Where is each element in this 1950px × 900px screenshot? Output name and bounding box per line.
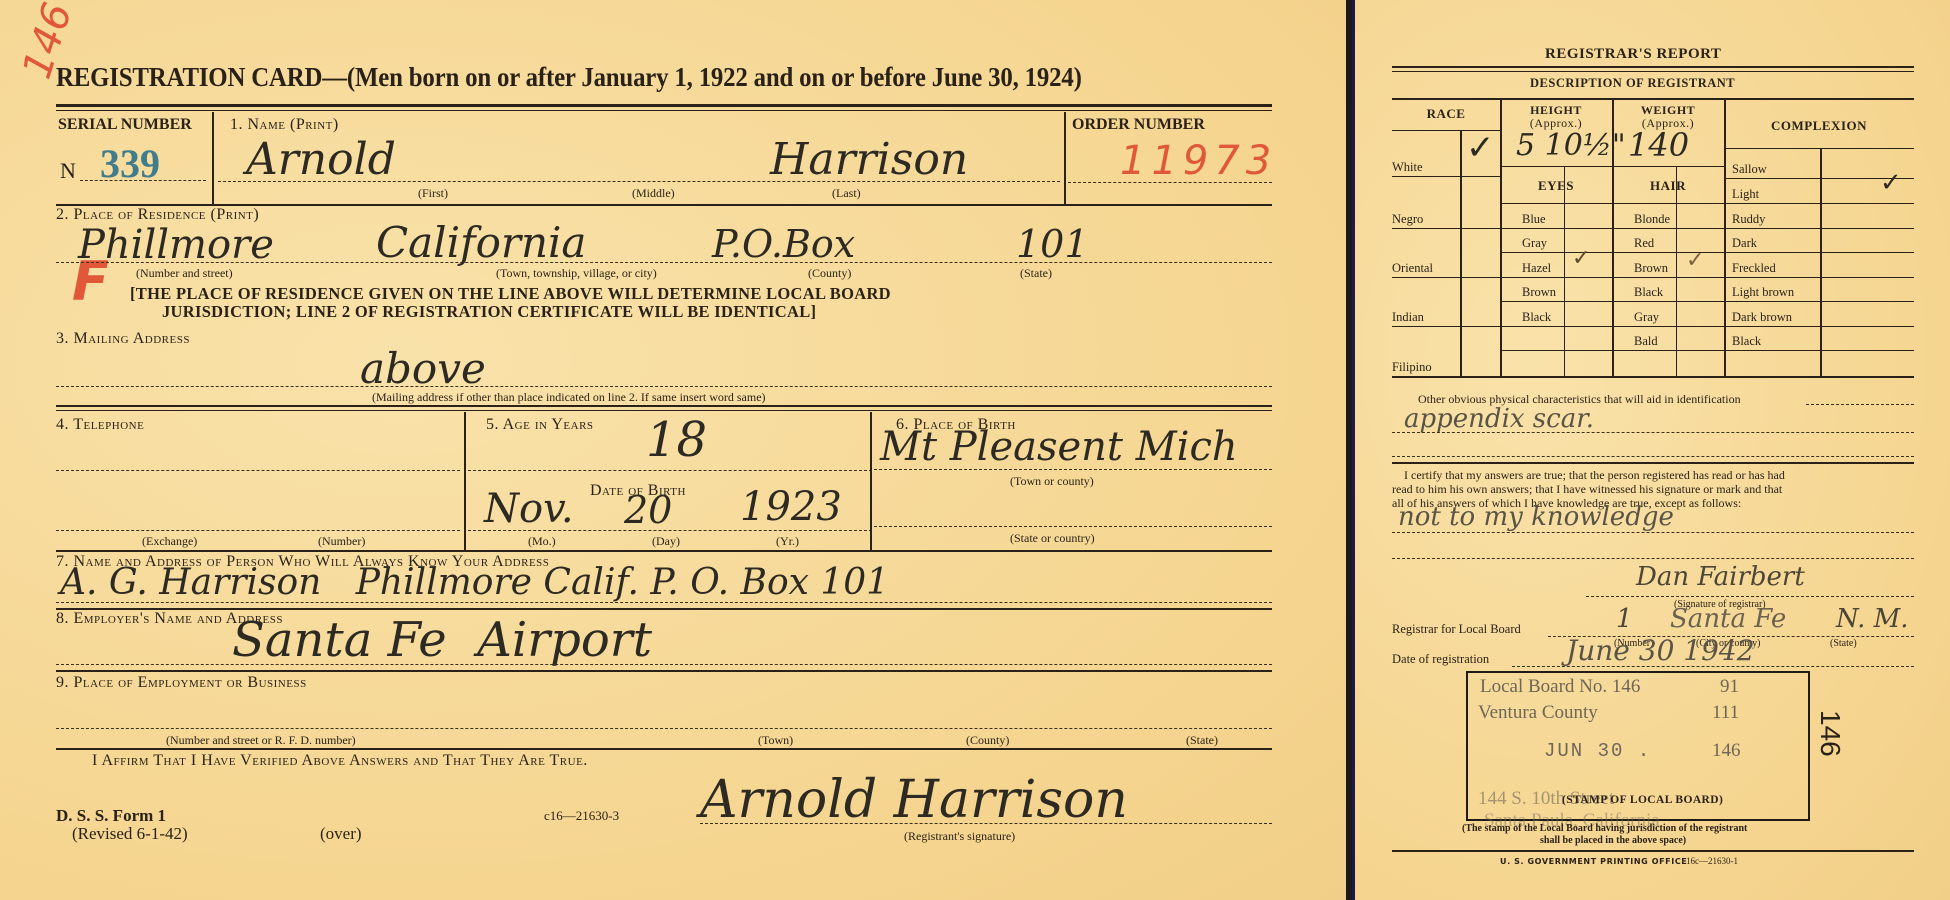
place-of-employment-label: 9. Place of Employment or Business [56,674,307,692]
local-board-state: N. M. [1836,604,1909,634]
certification-exceptions: not to my knowledge [1398,502,1674,532]
caption-town-county: (Town or county) [1010,474,1094,489]
caption-year: (Yr.) [776,534,799,549]
race-oriental: Oriental [1392,261,1433,276]
complexion-check-icon: ✓ [1880,168,1902,198]
stamp-note-line2: shall be placed in the above space) [1540,835,1686,846]
height-value: 5 10½" [1516,128,1626,163]
local-board-label: Registrar for Local Board [1392,622,1521,637]
caption-town: (Town, township, village, or city) [496,266,657,281]
registrant-signature: Arnold Harrison [700,770,1128,830]
hair-check-icon: ✓ [1686,248,1704,273]
race-indian: Indian [1392,310,1424,325]
complexion-freckled: Freckled [1732,261,1776,276]
report-subtitle: DESCRIPTION OF REGISTRANT [1530,76,1735,91]
header-race: RACE [1392,106,1500,122]
caption-employment-state: (State) [1186,733,1218,748]
residence-town: California [376,218,586,267]
caption-employment-street: (Number and street or R. F. D. number) [166,733,356,748]
race-filipino: Filipino [1392,360,1432,375]
residence-county: P.O.Box [712,222,855,266]
other-characteristics-value: appendix scar. [1404,404,1594,434]
caption-first: (First) [418,186,448,201]
residence-correction-mark: F [72,250,109,313]
caption-exchange: (Exchange) [142,534,197,549]
caption-last: (Last) [832,186,861,201]
order-number-label: ORDER NUMBER [1072,116,1205,134]
eyes-check-icon: ✓ [1572,246,1590,271]
complexion-sallow: Sallow [1732,162,1767,177]
certification-line1: I certify that my answers are true; that… [1404,468,1785,483]
stamp-line3-num: 146 [1712,740,1741,762]
complexion-light: Light [1732,187,1759,202]
caption-street: (Number and street) [136,266,233,281]
weight-value: 140 [1628,126,1689,164]
stamp-note-line1: (The stamp of the Local Board having jur… [1462,823,1747,834]
race-negro: Negro [1392,212,1423,227]
hair-gray: Gray [1634,310,1659,325]
form-revised: (Revised 6-1-42) [72,824,188,844]
front-print-code: c16—21630-3 [544,808,619,824]
mailing-address-caption: (Mailing address if other than place ind… [372,390,766,405]
complexion-black: Black [1732,334,1761,349]
dob-month: Nov. [484,486,574,532]
serial-prefix: N [60,158,76,184]
name-last: Harrison [770,134,968,185]
dob-year: 1923 [740,484,842,530]
employer-value: Santa Fe Airport [232,612,652,668]
caption-middle: (Middle) [632,186,675,201]
date-of-registration-label: Date of registration [1392,652,1489,667]
report-title: REGISTRAR'S REPORT [1545,46,1721,63]
hair-black: Black [1634,285,1663,300]
registrant-signature-caption: (Registrant's signature) [904,829,1015,844]
header-complexion: COMPLEXION [1724,118,1914,134]
header-eyes: EYES [1500,178,1612,194]
back-print-code: 16c—21630-1 [1686,856,1738,866]
complexion-light-brown: Light brown [1732,285,1794,300]
printing-office: U. S. GOVERNMENT PRINTING OFFICE [1500,857,1687,866]
form-over: (over) [320,824,362,844]
caption-day: (Day) [652,534,680,549]
hair-red: Red [1634,236,1654,251]
age-value: 18 [646,412,707,468]
mailing-address-label: 3. Mailing Address [56,330,190,348]
caption-employment-town: (Town) [758,733,793,748]
contact-person-value: A. G. Harrison Phillmore Calif. P. O. Bo… [60,562,889,603]
telephone-label: 4. Telephone [56,416,144,434]
caption-county: (County) [808,266,851,281]
stamp-line2-num: 111 [1712,702,1739,724]
card-title: REGISTRATION CARD—(Men born on or after … [56,62,1082,93]
eyes-hazel: Hazel [1522,261,1551,276]
stamp-line1-num: 91 [1720,676,1739,698]
stamp-line1: Local Board No. 146 [1480,676,1640,698]
caption-board-state: (State) [1830,638,1857,649]
registration-card-front: 146 REGISTRATION CARD—(Men born on or af… [0,0,1348,900]
eyes-black: Black [1522,310,1551,325]
header-hair: HAIR [1612,178,1724,194]
race-check-icon: ✓ [1466,128,1495,168]
residence-state: 101 [1016,222,1089,266]
caption-state: (State) [1020,266,1052,281]
dob-day: 20 [624,488,672,532]
complexion-ruddy: Ruddy [1732,212,1765,227]
hair-blonde: Blonde [1634,212,1670,227]
eyes-gray: Gray [1522,236,1547,251]
affirmation-text: I Affirm That I Have Verified Above Answ… [92,752,588,770]
caption-month: (Mo.) [528,534,556,549]
name-first: Arnold [246,134,396,185]
order-number-value: 11973 [1120,138,1277,184]
eyes-blue: Blue [1522,212,1546,227]
caption-state-country: (State or country) [1010,531,1095,546]
date-of-registration-value: June 30 1942 [1566,634,1755,667]
place-of-birth-town: Mt Pleasent Mich [880,424,1238,470]
registrar-signature: Dan Fairbert [1636,562,1805,592]
caption-number: (Number) [318,534,365,549]
local-board-number: 1 [1616,604,1633,634]
serial-number-label: SERIAL NUMBER [58,116,192,134]
race-white: White [1392,160,1423,175]
local-board-city: Santa Fe [1670,604,1786,634]
certification-line2: read to him his own answers; that I have… [1392,482,1782,497]
form-id: D. S. S. Form 1 [56,806,166,826]
stamp-caption: (STAMP OF LOCAL BOARD) [1562,794,1723,806]
name-label: 1. Name (Print) [230,116,339,134]
caption-employment-county: (County) [966,733,1009,748]
complexion-dark: Dark [1732,236,1757,251]
residence-notice-line1: [THE PLACE OF RESIDENCE GIVEN ON THE LIN… [130,284,891,304]
side-note: 146 [1814,710,1846,757]
hair-bald: Bald [1634,334,1658,349]
eyes-brown: Brown [1522,285,1556,300]
stamp-date: JUN 30 . [1544,740,1651,762]
age-label: 5. Age in Years [486,416,594,434]
complexion-dark-brown: Dark brown [1732,310,1792,325]
residence-notice-line2: JURISDICTION; LINE 2 OF REGISTRATION CER… [162,302,816,322]
hair-brown: Brown [1634,261,1668,276]
stamp-line2: Ventura County [1478,702,1598,724]
